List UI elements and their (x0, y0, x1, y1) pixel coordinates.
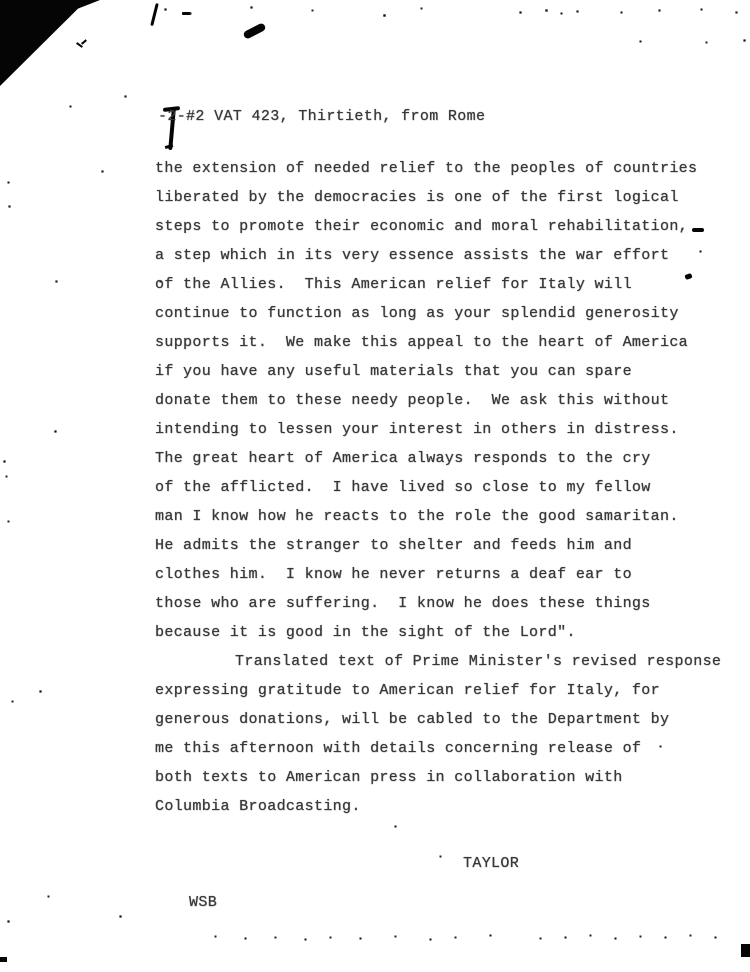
body-line: continue to function as long as your spl… (155, 299, 740, 328)
typist-initials: WSB (189, 894, 217, 911)
body-line: steps to promote their economic and mora… (155, 212, 740, 241)
scan-dash-mark (182, 12, 191, 15)
body-line: donate them to these needy people. We as… (155, 386, 740, 415)
body-line-paragraph-start: Translated text of Prime Minister's revi… (155, 647, 740, 676)
pen-blob-mark (242, 22, 266, 40)
body-line: the extension of needed relief to the pe… (155, 154, 740, 183)
bottom-left-scan-mark (0, 957, 7, 962)
signature-taylor: TAYLOR (463, 855, 519, 872)
body-line: He admits the stranger to shelter and fe… (155, 531, 740, 560)
body-line: supports it. We make this appeal to the … (155, 328, 740, 357)
body-line: man I know how he reacts to the role the… (155, 502, 740, 531)
body-line: liberated by the democracies is one of t… (155, 183, 740, 212)
body-line: me this afternoon with details concernin… (155, 734, 740, 763)
body-line: of the afflicted. I have lived so close … (155, 473, 740, 502)
body-line: if you have any useful materials that yo… (155, 357, 740, 386)
body-line: clothes him. I know he never returns a d… (155, 560, 740, 589)
body-line: expressing gratitude to American relief … (155, 676, 740, 705)
scan-speckles (0, 0, 1, 1)
body-line: The great heart of America always respon… (155, 444, 740, 473)
telegram-header-line: -2-#2 VAT 423, Thirtieth, from Rome (158, 108, 485, 125)
bottom-right-scan-square (741, 944, 750, 957)
handwritten-check-mark (81, 39, 87, 44)
body-line: because it is good in the sight of the L… (155, 618, 740, 647)
telegram-body: the extension of needed relief to the pe… (155, 154, 740, 821)
body-line: Columbia Broadcasting. (155, 792, 740, 821)
body-line: of the Allies. This American relief for … (155, 270, 740, 299)
body-line: intending to lessen your interest in oth… (155, 415, 740, 444)
body-line: a step which in its very essence assists… (155, 241, 740, 270)
body-line: those who are suffering. I know he does … (155, 589, 740, 618)
handwritten-slash-mark (150, 3, 158, 26)
scan-corner-shadow (0, 0, 100, 86)
scanned-telegram-page: -2-#2 VAT 423, Thirtieth, from Rome the … (0, 0, 750, 972)
body-line: generous donations, will be cabled to th… (155, 705, 740, 734)
body-line: both texts to American press in collabor… (155, 763, 740, 792)
